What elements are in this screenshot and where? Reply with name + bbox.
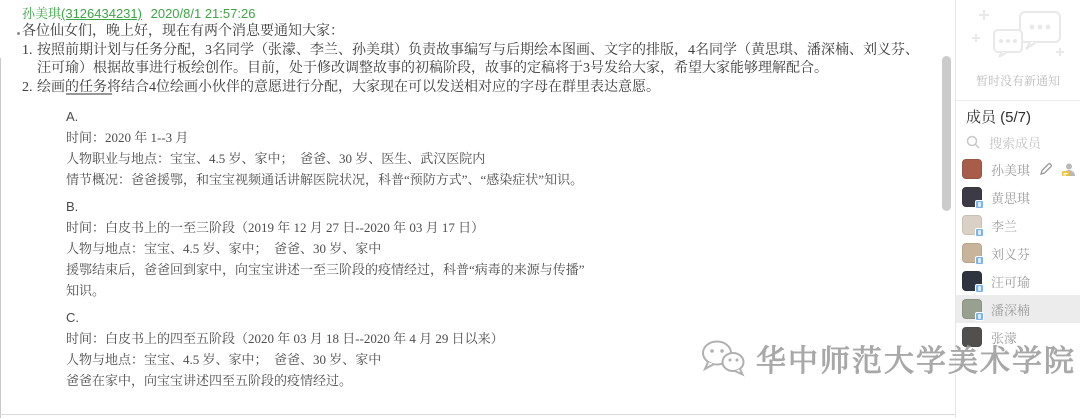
document-top-rule bbox=[66, 93, 112, 95]
section-c: C. 时间：白皮书上的四至五阶段（2020 年 03 月 18 日--2020 … bbox=[66, 307, 585, 391]
sender-name[interactable]: 孙美琪 bbox=[22, 6, 61, 21]
mobile-online-badge-icon bbox=[975, 200, 984, 209]
mobile-online-badge-icon bbox=[975, 312, 984, 321]
avatar bbox=[962, 187, 982, 207]
member-row-panshennan[interactable]: 潘深楠 bbox=[956, 295, 1080, 323]
message-intro: 各位仙女们，晚上好，现在有两个消息要通知大家： bbox=[22, 23, 930, 42]
member-row-liuyifen[interactable]: 刘义芬 bbox=[956, 239, 1080, 267]
mobile-online-badge-icon bbox=[975, 228, 984, 237]
avatar bbox=[962, 159, 982, 179]
wechat-bubbles-logo-icon bbox=[700, 337, 746, 379]
member-list: 孙美琪 黄思琪 李 bbox=[956, 155, 1080, 351]
section-a: A. 时间：2020 年 1--3 月 人物职业与地点：宝宝、4.5 岁、家中；… bbox=[66, 106, 585, 190]
story-outline-document: A. 时间：2020 年 1--3 月 人物职业与地点：宝宝、4.5 岁、家中；… bbox=[66, 106, 585, 391]
sender-uin[interactable]: (3126434231) bbox=[61, 6, 142, 21]
pencil-icon[interactable] bbox=[1039, 162, 1053, 176]
message-item-2: 2.绘画的任务将结合4位绘画小伙伴的意愿进行分配，大家现在可以发送相对应的字母在… bbox=[22, 79, 930, 98]
section-b: B. 时间：白皮书上的一至三阶段（2019 年 12 月 27 日--2020 … bbox=[66, 196, 585, 301]
member-row-sunmeiqi[interactable]: 孙美琪 bbox=[956, 155, 1080, 183]
member-row-lilan[interactable]: 李兰 bbox=[956, 211, 1080, 239]
sidebar-section-divider bbox=[956, 100, 1080, 101]
watermark: 华中师范大学美术学院 bbox=[700, 336, 1076, 380]
window-bottom-border bbox=[0, 414, 1080, 415]
message-timestamp: 2020/8/1 21:57:26 bbox=[151, 6, 256, 21]
watermark-text: 华中师范大学美术学院 bbox=[756, 336, 1076, 380]
search-icon bbox=[966, 135, 980, 149]
message-body: 各位仙女们，晚上好，现在有两个消息要通知大家： 1.按照前期计划与任务分配，3名… bbox=[22, 23, 930, 97]
member-card-icon[interactable] bbox=[1060, 162, 1076, 177]
avatar bbox=[962, 243, 982, 263]
mobile-online-badge-icon bbox=[975, 284, 984, 293]
chat-scrollbar-thumb[interactable] bbox=[942, 56, 951, 211]
member-row-huangsiqi[interactable]: 黄思琪 bbox=[956, 183, 1080, 211]
message-item-1: 1.按照前期计划与任务分配，3名同学（张濛、李兰、孙美琪）负责故事编写与后期绘本… bbox=[22, 42, 930, 79]
member-row-wangkeyu[interactable]: 汪可瑜 bbox=[956, 267, 1080, 295]
mobile-online-badge-icon bbox=[975, 256, 984, 265]
avatar bbox=[962, 271, 982, 291]
window-left-border bbox=[0, 58, 1, 418]
chat-window: 孙美琪(3126434231) 2020/8/1 21:57:26 各位仙女们，… bbox=[0, 0, 1080, 418]
chat-bubbles-illustration bbox=[970, 4, 1066, 64]
search-placeholder: 搜索成员 bbox=[989, 133, 1041, 152]
message-sender-line: 孙美琪(3126434231) 2020/8/1 21:57:26 bbox=[22, 3, 255, 22]
members-header: 成员 (5/7) bbox=[966, 106, 1031, 127]
no-notifications-text: 暂时没有新通知 bbox=[956, 72, 1080, 89]
bullet-dot bbox=[17, 32, 20, 35]
avatar bbox=[962, 299, 982, 319]
avatar bbox=[962, 215, 982, 235]
member-search[interactable]: 搜索成员 bbox=[966, 131, 1041, 153]
